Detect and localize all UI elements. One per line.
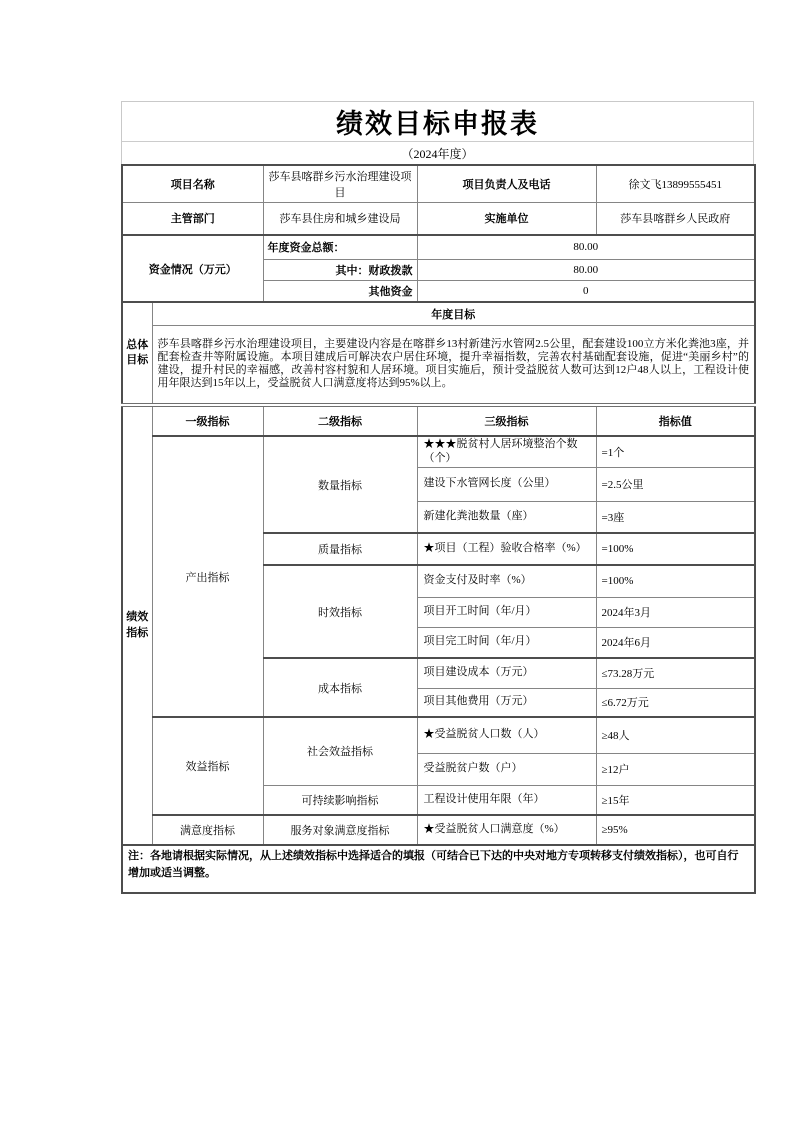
- dept-value: 莎车县住房和城乡建设局: [263, 202, 417, 235]
- impl-label: 实施单位: [417, 202, 596, 235]
- indicator-row-l3: ★受益脱贫人口数（人）: [417, 717, 596, 753]
- level2-sustain: 可持续影响指标: [263, 785, 417, 815]
- indicator-row-l3: 项目完工时间（年/月）: [417, 627, 596, 658]
- funding-fiscal-label: 其中：财政拨款: [263, 259, 417, 280]
- indicator-row-l3: ★★★脱贫村人居环境整治个数（个）: [417, 436, 596, 467]
- funding-fiscal-value: 80.00: [417, 259, 755, 280]
- funding-other-value: 0: [417, 280, 755, 302]
- indicator-row-value: 2024年3月: [596, 597, 755, 627]
- indicator-row-value: =1个: [596, 436, 755, 467]
- funding-total-label: 年度资金总额：: [263, 235, 417, 259]
- indicator-row-l3: ★项目（工程）验收合格率（%）: [417, 533, 596, 565]
- level1-benefit: 效益指标: [152, 717, 263, 815]
- dept-label: 主管部门: [122, 202, 263, 235]
- header-value: 指标值: [596, 405, 755, 436]
- funding-total-value: 80.00: [417, 235, 755, 259]
- level1-satisfaction: 满意度指标: [152, 815, 263, 845]
- header-level1: 一级指标: [152, 405, 263, 436]
- indicator-row-l3: 项目其他费用（万元）: [417, 688, 596, 717]
- document-page: { "page": { "title": "绩效目标申报表", "subtitl…: [0, 0, 793, 1122]
- level2-service: 服务对象满意度指标: [263, 815, 417, 845]
- indicator-row-value: =100%: [596, 565, 755, 597]
- indicator-row-l3: 项目开工时间（年/月）: [417, 597, 596, 627]
- level1-output: 产出指标: [152, 436, 263, 717]
- indicator-row-l3: 资金支付及时率（%）: [417, 565, 596, 597]
- manager-value: 徐文飞13899555451: [596, 165, 755, 202]
- project-name-label: 项目名称: [122, 165, 263, 202]
- indicator-row-value: ≤73.28万元: [596, 658, 755, 688]
- indicator-row-value: 2024年6月: [596, 627, 755, 658]
- form-sheet: 绩效目标申报表 （2024年度） 项目名称 莎车县喀群乡污水治理建设项目 项目负…: [121, 101, 754, 894]
- overall-goal-side-label: 总体目标: [122, 302, 152, 405]
- indicator-row-l3: 工程设计使用年限（年）: [417, 785, 596, 815]
- indicator-row-value: ≥12户: [596, 753, 755, 785]
- indicator-row-value: ≥95%: [596, 815, 755, 845]
- annual-goal-text: 莎车县喀群乡污水治理建设项目，主要建设内容是在喀群乡13村新建污水管网2.5公里…: [152, 325, 755, 405]
- impl-value: 莎车县喀群乡人民政府: [596, 202, 755, 235]
- header-level3: 三级指标: [417, 405, 596, 436]
- indicator-row-l3: 项目建设成本（万元）: [417, 658, 596, 688]
- footer-note: 注：各地请根据实际情况，从上述绩效指标中选择适合的填报（可结合已下达的中央对地方…: [122, 845, 755, 893]
- manager-label: 项目负责人及电话: [417, 165, 596, 202]
- header-level2: 二级指标: [263, 405, 417, 436]
- form-title: 绩效目标申报表: [121, 101, 754, 142]
- performance-side-label: 绩效指标: [122, 405, 152, 845]
- indicator-row-l3: 受益脱贫户数（户）: [417, 753, 596, 785]
- form-subtitle: （2024年度）: [121, 142, 754, 164]
- indicator-row-value: ≥48人: [596, 717, 755, 753]
- indicator-row-value: =3座: [596, 501, 755, 533]
- indicator-row-l3: ★受益脱贫人口满意度（%）: [417, 815, 596, 845]
- indicator-row-l3: 建设下水管网长度（公里）: [417, 467, 596, 501]
- level2-cost: 成本指标: [263, 658, 417, 717]
- indicator-row-value: =2.5公里: [596, 467, 755, 501]
- indicator-row-l3: 新建化粪池数量（座）: [417, 501, 596, 533]
- indicator-row-value: ≤6.72万元: [596, 688, 755, 717]
- indicator-row-value: =100%: [596, 533, 755, 565]
- annual-goal-header: 年度目标: [152, 302, 755, 325]
- level2-quantity: 数量指标: [263, 436, 417, 533]
- level2-quality: 质量指标: [263, 533, 417, 565]
- level2-timeliness: 时效指标: [263, 565, 417, 658]
- funding-other-label: 其他资金: [263, 280, 417, 302]
- funding-label: 资金情况（万元）: [122, 235, 263, 302]
- form-table: 项目名称 莎车县喀群乡污水治理建设项目 项目负责人及电话 徐文飞13899555…: [121, 164, 756, 894]
- indicator-row-value: ≥15年: [596, 785, 755, 815]
- project-name-value: 莎车县喀群乡污水治理建设项目: [263, 165, 417, 202]
- level2-social: 社会效益指标: [263, 717, 417, 785]
